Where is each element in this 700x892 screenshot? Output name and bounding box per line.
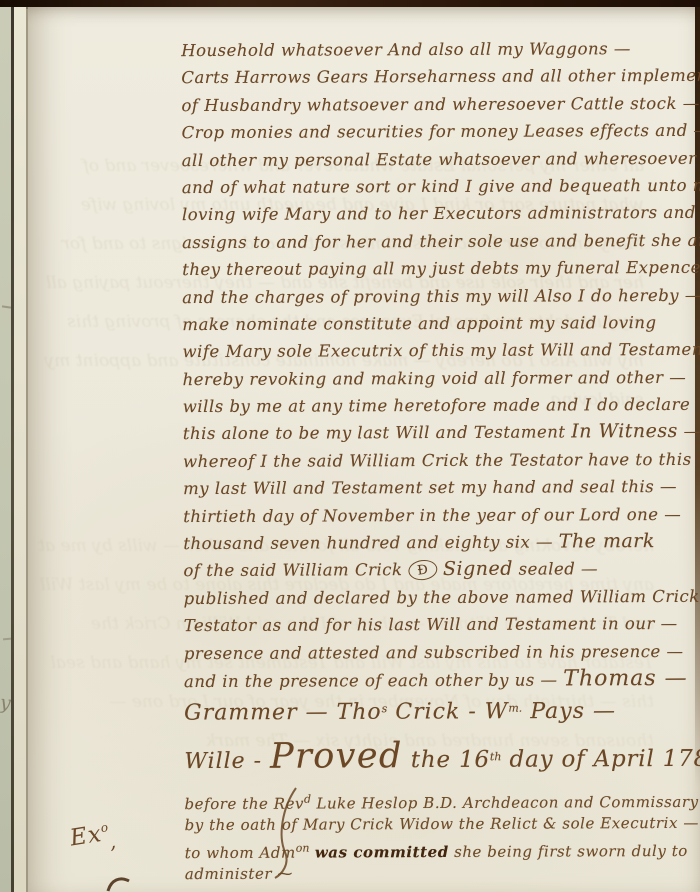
text-segment: she being first sworn duly to (449, 842, 688, 861)
text-segment: Household whatsoever And also all my Wag… (181, 39, 631, 60)
text-segment: all other my personal Estate whatsoever … (182, 148, 697, 169)
text-segment: loving wife Mary and to her Executors ad… (182, 203, 700, 224)
text-segment: Luke Heslop B.D. Archdeacon and Commissa… (311, 793, 700, 813)
manuscript-page-scan: y all other my personal Estate whatsoeve… (0, 0, 700, 892)
manuscript-line: assigns to and for her and their sole us… (182, 227, 682, 257)
cutoff-pen-stroke (106, 874, 132, 892)
text-segment: thousand seven hundred and eighty six — (183, 532, 558, 553)
manuscript-line: Household whatsoever And also all my Wag… (181, 35, 681, 65)
manuscript-line: published and declared by the above name… (184, 583, 684, 613)
manuscript-line: this alone to be my last Will and Testam… (183, 418, 683, 448)
text-segment: — (678, 422, 700, 441)
text-segment: whereof I the said William Crick the Tes… (183, 450, 692, 471)
text-segment: sealed — (513, 560, 598, 579)
text-segment: was committed (315, 843, 449, 862)
text-segment: In Witness (571, 420, 678, 442)
manuscript-line: Wille - Proved the 16th day of April 178… (184, 724, 684, 788)
text-segment: of Husbandry whatsoever and wheresoever … (181, 94, 699, 115)
text-segment: Crop monies and securities for money Lea… (182, 121, 700, 142)
text-segment: Crick - W (387, 700, 508, 726)
text-segment: Proved (270, 737, 403, 778)
manuscript-line: and of what nature sort or kind I give a… (182, 172, 682, 202)
text-segment: this alone to be my last Will and Testam… (183, 423, 571, 444)
text-segment: and in the presence of each other by us … (184, 670, 563, 691)
text-segment: m. (508, 702, 522, 715)
text-segment: Thomas — (563, 666, 687, 692)
manuscript-line: of the said William Crick Đ Signed seale… (183, 555, 683, 585)
manuscript-line: to whom Admon was committed she being fi… (185, 835, 685, 862)
manuscript-line: hereby revoking and making void all form… (183, 364, 683, 394)
testator-mark-icon: Đ (407, 559, 438, 582)
text-segment: wills by me at any time heretofore made … (183, 395, 691, 416)
text-segment: presence and attested and subscribed in … (184, 642, 684, 663)
text-segment: Testator as and for his last Will and Te… (184, 614, 678, 635)
text-segment: The mark (559, 530, 655, 552)
manuscript-line: before the Revd Luke Heslop B.D. Archdea… (184, 786, 684, 813)
text-segment: and the charges of proving this my will … (182, 285, 700, 306)
text-segment: Signed (443, 558, 513, 580)
text-segment: they thereout paying all my just debts m… (182, 258, 700, 279)
manuscript-line: whereof I the said William Crick the Tes… (183, 446, 683, 476)
manuscript-line: thirtieth day of November in the year of… (183, 501, 683, 531)
text-segment: day of April 1789 (501, 746, 700, 773)
manuscript-line: Testator as and for his last Will and Te… (184, 610, 684, 640)
manuscript-line: and in the presence of each other by us … (184, 665, 684, 695)
manuscript-line: presence and attested and subscribed in … (184, 638, 684, 668)
manuscript-line: Carts Harrows Gears Horseharness and all… (181, 62, 681, 92)
manuscript-line: Grammer — Thos Crick - Wm. Pays — (184, 692, 684, 726)
text-segment: make nominate constitute and appoint my … (182, 313, 656, 334)
text-segment: thirtieth day of November in the year of… (183, 505, 681, 526)
text-segment: th (490, 751, 502, 764)
text-segment: my last Will and Testament set my hand a… (183, 477, 677, 498)
manuscript-line: administer ⁓ (185, 860, 685, 887)
text-segment: wife Mary sole Executrix of this my last… (182, 340, 700, 361)
text-segment: hereby revoking and making void all form… (183, 368, 687, 389)
text-segment: published and declared by the above name… (184, 587, 700, 608)
margin-pen-mark: y (0, 691, 12, 714)
book-edge-strip (0, 7, 11, 892)
text-segment: Wille - (184, 749, 270, 774)
manuscript-text: Household whatsoever And also all my Wag… (181, 35, 685, 887)
manuscript-line: make nominate constitute and appoint my … (182, 309, 682, 339)
underlying-page-edge (14, 7, 26, 892)
text-segment: Pays — (522, 699, 616, 724)
manuscript-line: wife Mary sole Executrix of this my last… (182, 336, 682, 366)
manuscript-line: wills by me at any time heretofore made … (183, 391, 683, 421)
text-segment: and of what nature sort or kind I give a… (182, 176, 700, 197)
manuscript-line: Crop monies and securities for money Lea… (182, 117, 682, 147)
manuscript-line: loving wife Mary and to her Executors ad… (182, 199, 682, 229)
manuscript-line: they thereout paying all my just debts m… (182, 254, 682, 284)
manuscript-line: all other my personal Estate whatsoever … (182, 144, 682, 174)
manuscript-line: my last Will and Testament set my hand a… (183, 473, 683, 503)
manuscript-line: and the charges of proving this my will … (182, 281, 682, 311)
text-segment: Grammer — Tho (184, 700, 382, 726)
pen-flourish (272, 786, 306, 882)
text-segment: assigns to and for her and their sole us… (182, 230, 700, 251)
text-segment: Carts Harrows Gears Horseharness and all… (181, 66, 700, 87)
examined-mark-main: Ex (68, 821, 103, 852)
manuscript-line: by the oath of Mary Crick Widow the Reli… (185, 811, 685, 838)
manuscript-line: of Husbandry whatsoever and wheresoever … (181, 90, 681, 120)
text-segment: the 16 (403, 747, 490, 773)
manuscript-line: thousand seven hundred and eighty six — … (183, 528, 683, 558)
text-segment: of the said William Crick (183, 561, 408, 581)
text-segment: by the oath of Mary Crick Widow the Reli… (185, 814, 699, 834)
